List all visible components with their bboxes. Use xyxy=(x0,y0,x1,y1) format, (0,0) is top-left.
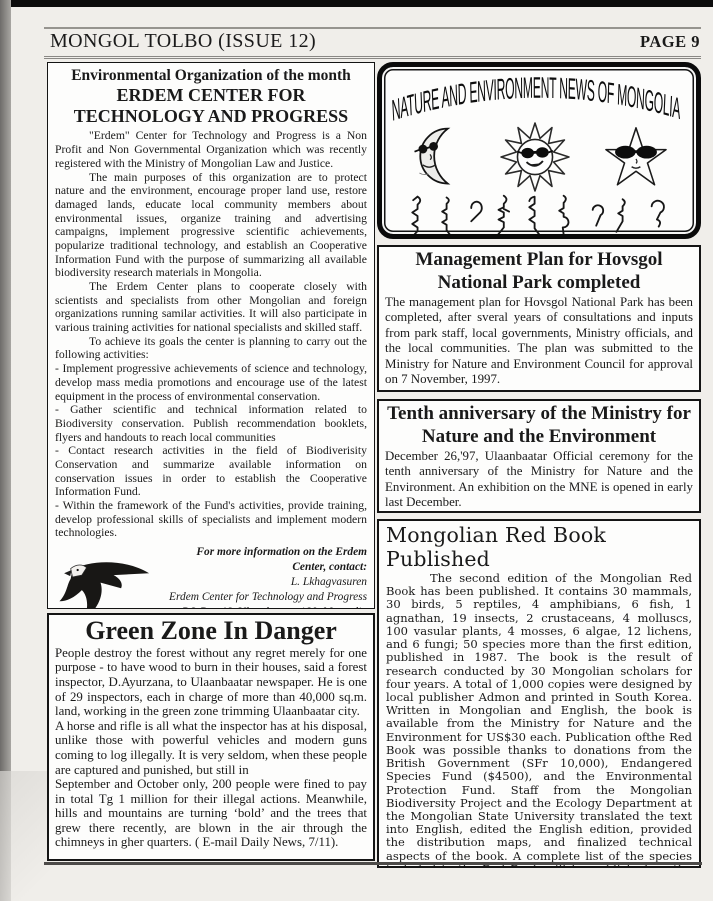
page-number: PAGE 9 xyxy=(640,32,700,52)
hovsgol-title: Management Plan for Hovsgol National Par… xyxy=(385,249,693,295)
erdem-activity-item: - Gather scientific and technical inform… xyxy=(55,403,367,444)
hovsgol-body: The management plan for Hovsgol National… xyxy=(385,295,693,388)
scanned-newsletter-page: MONGOL TOLBO (ISSUE 12) PAGE 9 Environme… xyxy=(0,0,713,901)
erdem-paragraph: To achieve its goals the center is plann… xyxy=(55,335,367,362)
star-with-sunglasses-icon xyxy=(601,124,671,190)
contact-line: L. Lkhagvasuren xyxy=(167,575,367,590)
green-zone-paragraph: September and October only, 200 people w… xyxy=(55,777,367,850)
erdem-paragraph: The main purposes of this organization a… xyxy=(55,171,367,281)
newsletter-title: MONGOL TOLBO (ISSUE 12) xyxy=(50,30,316,53)
green-zone-article-box: Green Zone In Danger People destroy the … xyxy=(47,613,375,861)
erdem-activity-item: - Contact research activities in the fie… xyxy=(55,444,367,499)
contact-line: PO Box 46, Ulaanbaatar-180, Mongolia xyxy=(167,605,367,609)
sun-with-sunglasses-icon xyxy=(492,114,578,200)
header-bottom-rule xyxy=(44,56,701,59)
mongolian-script-glyph xyxy=(442,198,451,237)
green-zone-paragraph: A horse and rifle is all what the inspec… xyxy=(55,719,367,777)
mongolian-script-glyph xyxy=(471,202,482,222)
anniversary-body: December 26,'97, Ulaanbaatar Official ce… xyxy=(385,449,693,511)
contact-line: Erdem Center for Technology and Progress xyxy=(167,590,367,605)
anniversary-article-box: Tenth anniversary of the Ministry for Na… xyxy=(377,399,701,513)
mongolian-script-glyph xyxy=(559,196,568,235)
red-book-article-box: Mongolian Red Book Published The second … xyxy=(377,519,701,868)
red-book-body: The second edition of the Mongolian Red … xyxy=(386,572,692,868)
mongolian-script-glyph xyxy=(593,205,604,225)
crescent-moon-with-sunglasses-icon xyxy=(407,123,469,191)
erdem-activity-item: - Implement progressive achievements of … xyxy=(55,362,367,403)
erdem-activity-item: - Within the framework of the Fund's act… xyxy=(55,499,367,540)
mongolian-script-glyph xyxy=(616,199,624,232)
scan-edge-top xyxy=(0,0,713,7)
erdem-kicker: Environmental Organization of the month xyxy=(55,67,367,85)
mongolian-script-glyph xyxy=(529,197,540,236)
erdem-title: ERDEM CENTER FOR TECHNOLOGY AND PROGRESS xyxy=(55,85,367,127)
newsletter-logo-box: NATURE AND ENVIRONMENT NEWS OF MONGOLIA xyxy=(377,62,701,239)
mongolian-script-glyph xyxy=(652,201,664,227)
green-zone-title: Green Zone In Danger xyxy=(55,616,367,646)
red-book-title: Mongolian Red Book Published xyxy=(386,523,692,571)
scan-edge-left xyxy=(0,0,11,901)
green-zone-paragraph: People destroy the forest without any re… xyxy=(55,646,367,719)
page-header: MONGOL TOLBO (ISSUE 12) PAGE 9 xyxy=(50,30,700,53)
erdem-contact-text: For more information on the Erdem Center… xyxy=(167,545,367,609)
anniversary-title: Tenth anniversary of the Ministry for Na… xyxy=(385,403,693,449)
hovsgol-article-box: Management Plan for Hovsgol National Par… xyxy=(377,245,701,392)
mongolian-script-glyph xyxy=(497,196,509,236)
erdem-paragraph: The Erdem Center plans to cooperate clos… xyxy=(55,280,367,335)
mongolian-script-glyph xyxy=(411,197,420,238)
erdem-article-box: Environmental Organization of the month … xyxy=(47,62,375,609)
logo-icons-row xyxy=(386,120,692,194)
eagle-illustration xyxy=(52,551,164,609)
contact-heading: For more information on the Erdem Center… xyxy=(167,545,367,575)
page-bottom-rule xyxy=(44,862,702,865)
erdem-paragraph: "Erdem" Center for Technology and Progre… xyxy=(55,129,367,170)
mongolian-script-band xyxy=(386,194,692,238)
header-top-rule xyxy=(44,27,701,29)
erdem-contact-block: For more information on the Erdem Center… xyxy=(55,545,367,609)
